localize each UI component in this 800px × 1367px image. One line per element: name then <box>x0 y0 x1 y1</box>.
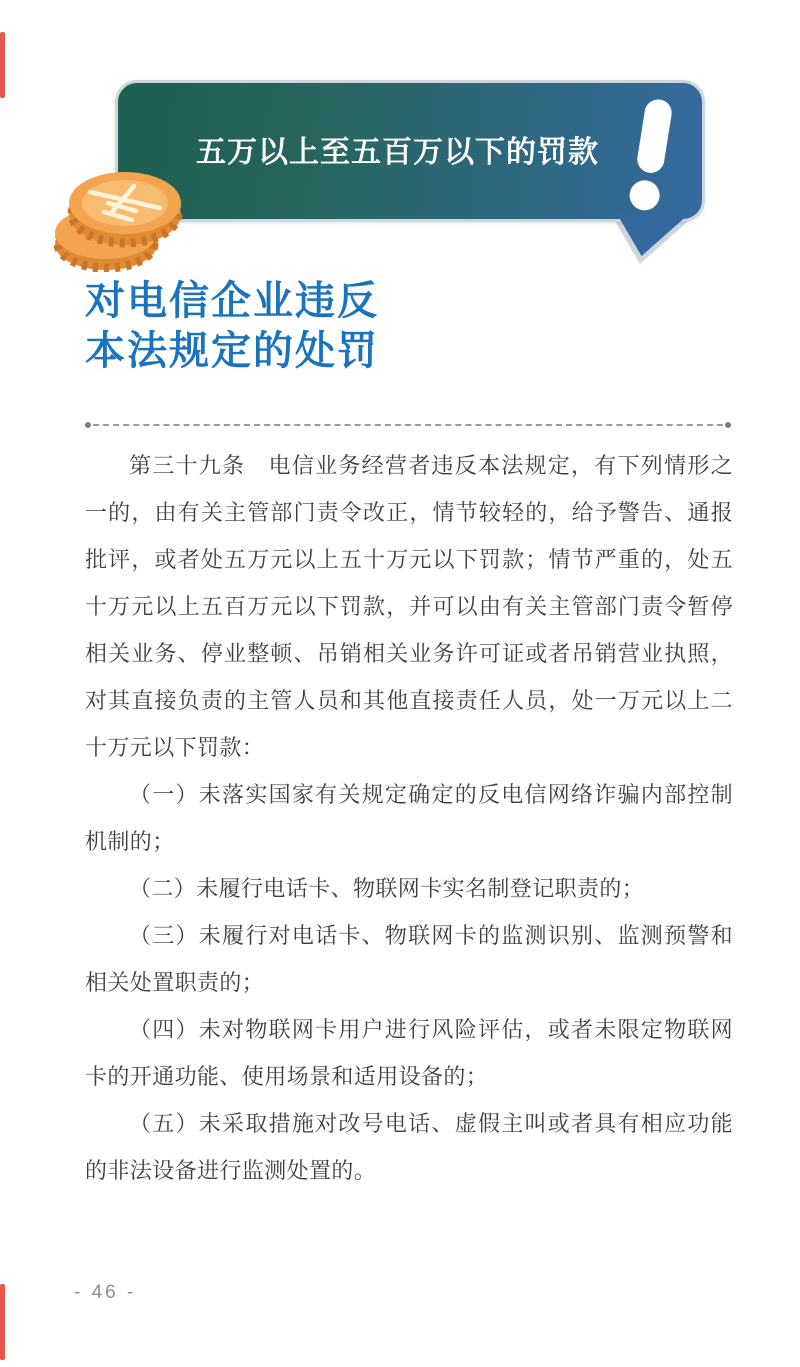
banner-label: 五万以上至五百万以下的罚款 <box>196 127 599 171</box>
exclamation-icon <box>625 97 678 213</box>
article-paragraph-main: 第三十九条 电信业务经营者违反本法规定，有下列情形之一的，由有关主管部门责令改正… <box>85 442 733 771</box>
article-item-5: （五）未采取措施对改号电话、虚假主叫或者具有相应功能的非法设备进行监测处置的。 <box>85 1100 733 1194</box>
page-edge-mark-bottom <box>0 1284 5 1360</box>
page-title: 对电信企业违反本法规定的处罚 <box>85 276 379 376</box>
article-text: 第三十九条 电信业务经营者违反本法规定，有下列情形之一的，由有关主管部门责令改正… <box>85 442 733 1194</box>
article-item-1: （一）未落实国家有关规定确定的反电信网络诈骗内部控制机制的； <box>85 771 733 865</box>
penalty-banner: 五万以上至五百万以下的罚款 <box>0 0 800 280</box>
coins-icon <box>52 156 186 272</box>
speech-bubble: 五万以上至五百万以下的罚款 <box>115 80 705 222</box>
article-item-4: （四）未对物联网卡用户进行风险评估，或者未限定物联网卡的开通功能、使用场景和适用… <box>85 1006 733 1100</box>
page-number: - 46 - <box>74 1282 136 1304</box>
page-title-line2: 本法规定的处罚 <box>85 329 379 373</box>
document-page: 五万以上至五百万以下的罚款 对电信企业违反 <box>0 0 800 1367</box>
section-divider <box>85 422 731 429</box>
article-item-2: （二）未履行电话卡、物联网卡实名制登记职责的； <box>85 865 733 912</box>
page-title-line1: 对电信企业违反 <box>85 279 379 323</box>
article-item-3: （三）未履行对电话卡、物联网卡的监测识别、监测预警和相关处置职责的； <box>85 912 733 1006</box>
